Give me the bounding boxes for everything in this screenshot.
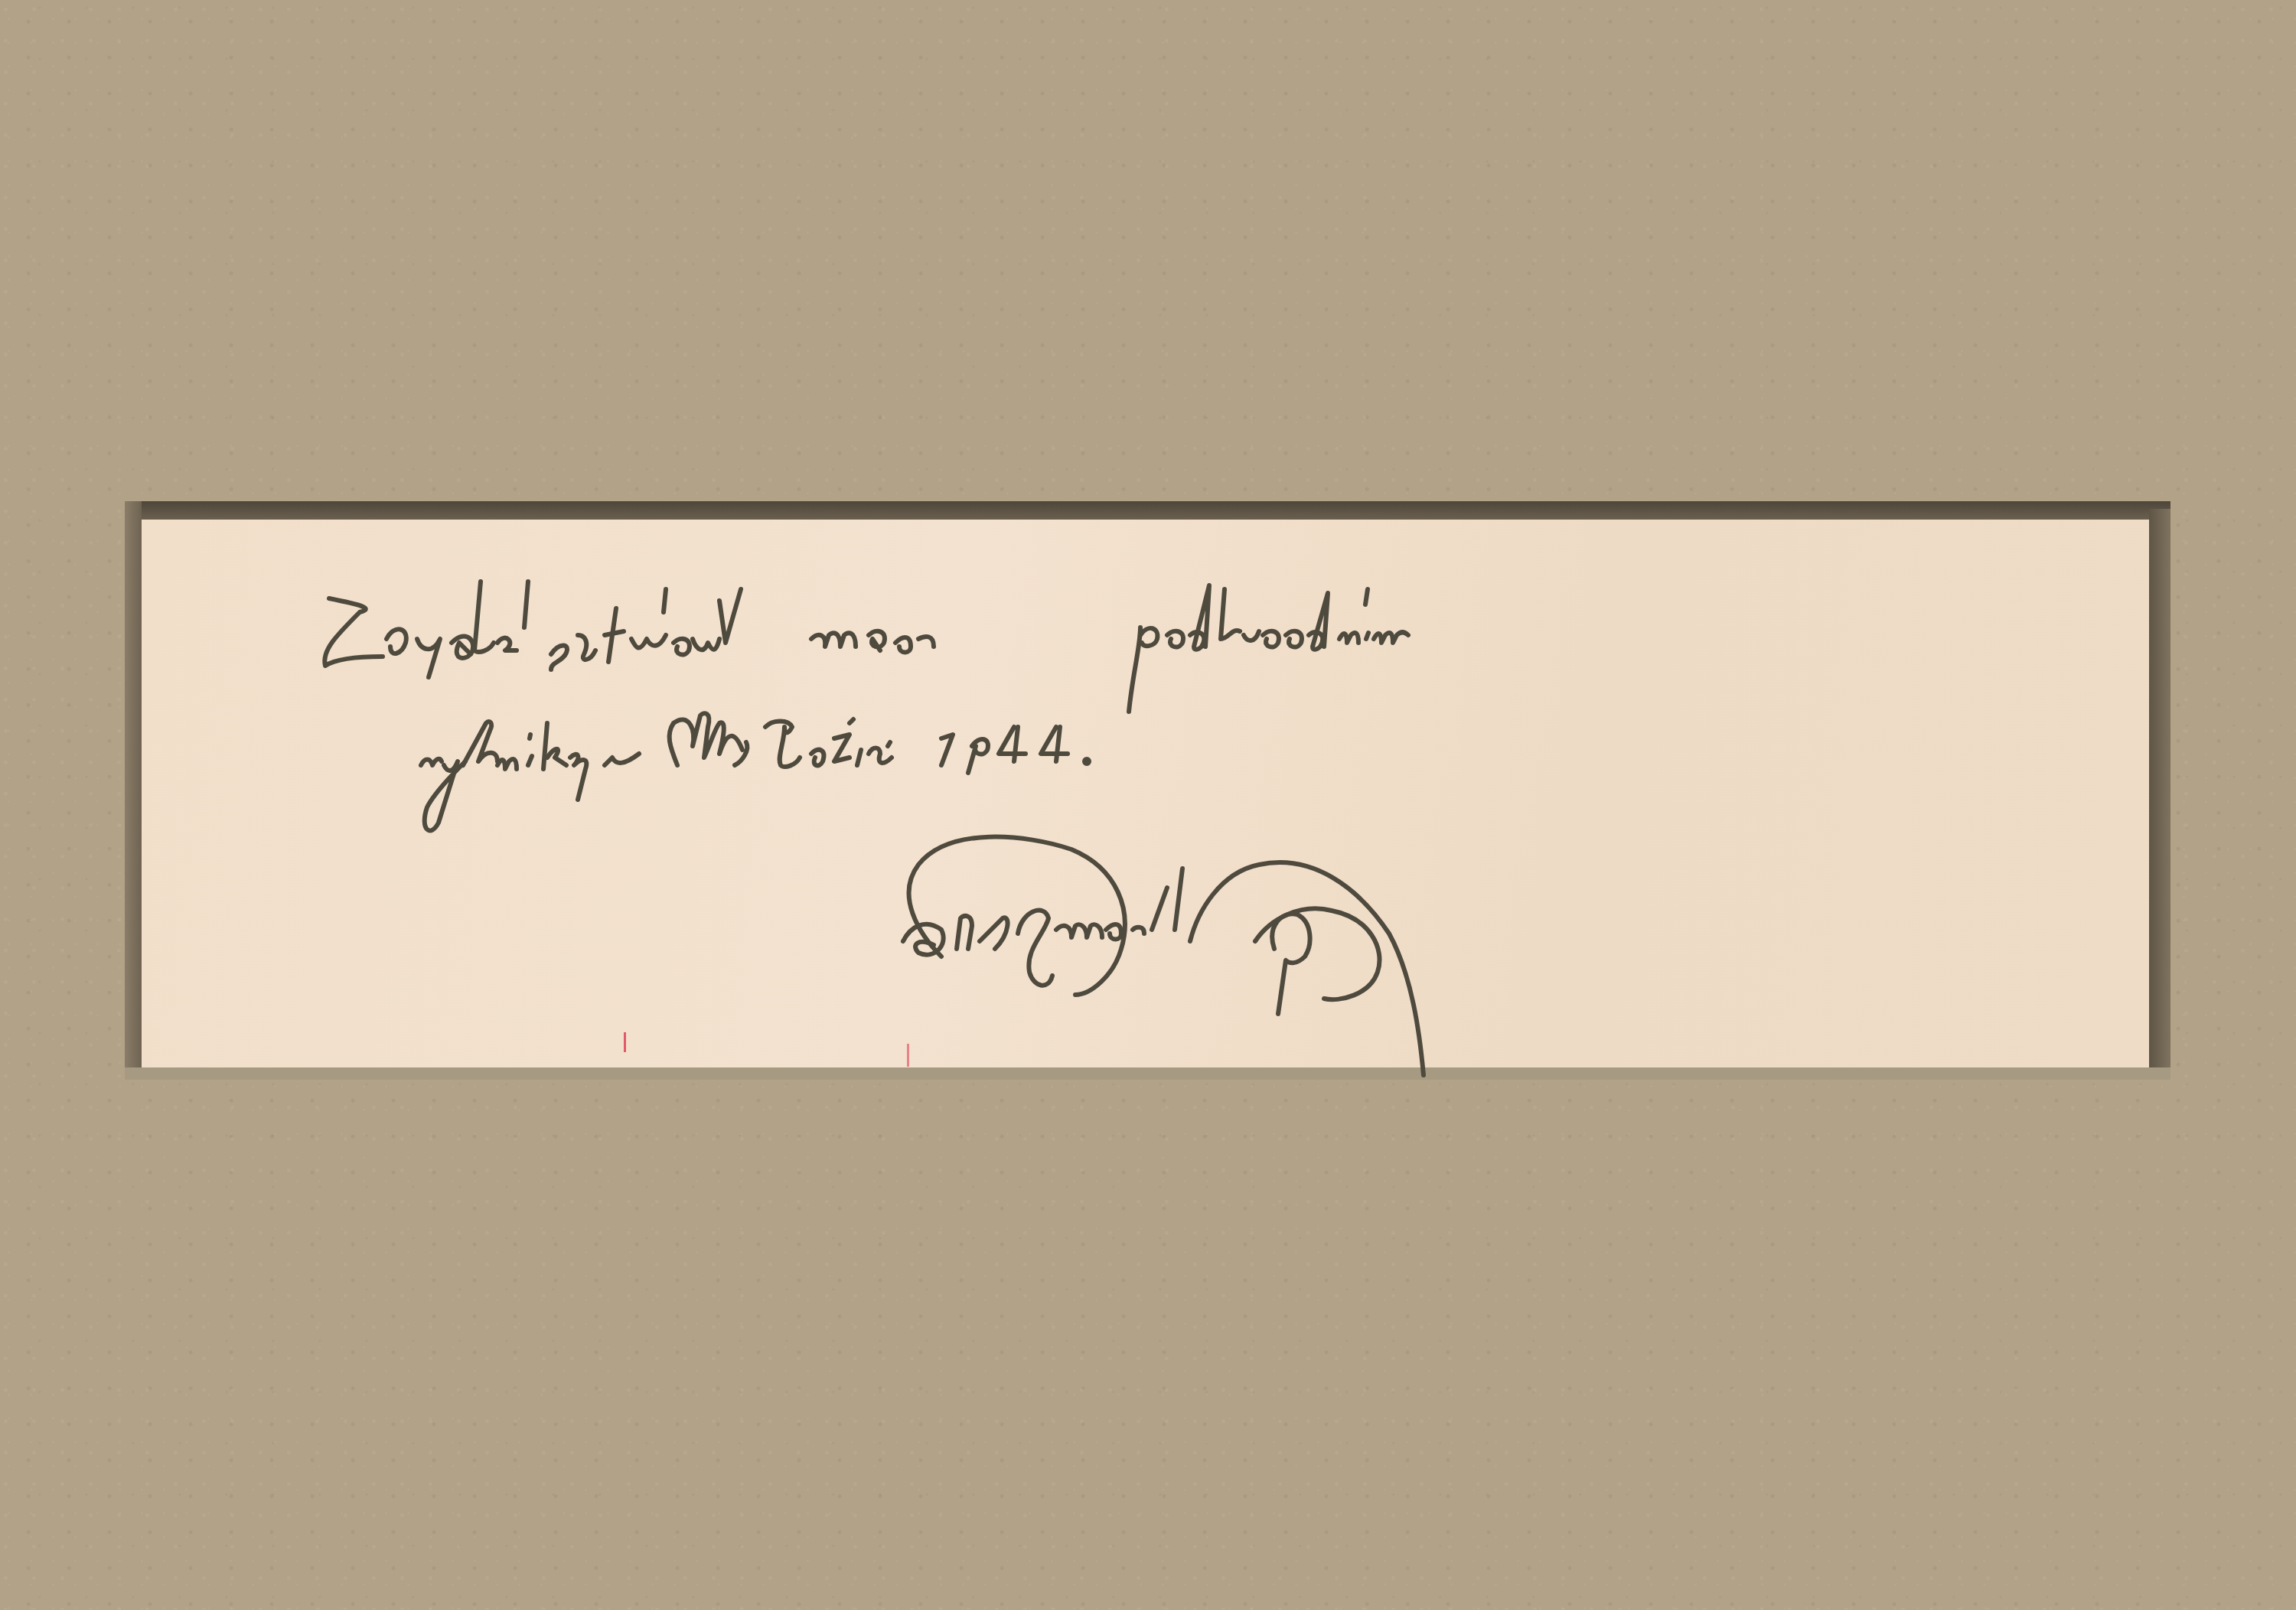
signature-flourish [903, 837, 1424, 1075]
handwriting-line-1 [325, 582, 1408, 712]
handwriting [0, 0, 2296, 1610]
handwriting-line-2 [421, 713, 1089, 830]
